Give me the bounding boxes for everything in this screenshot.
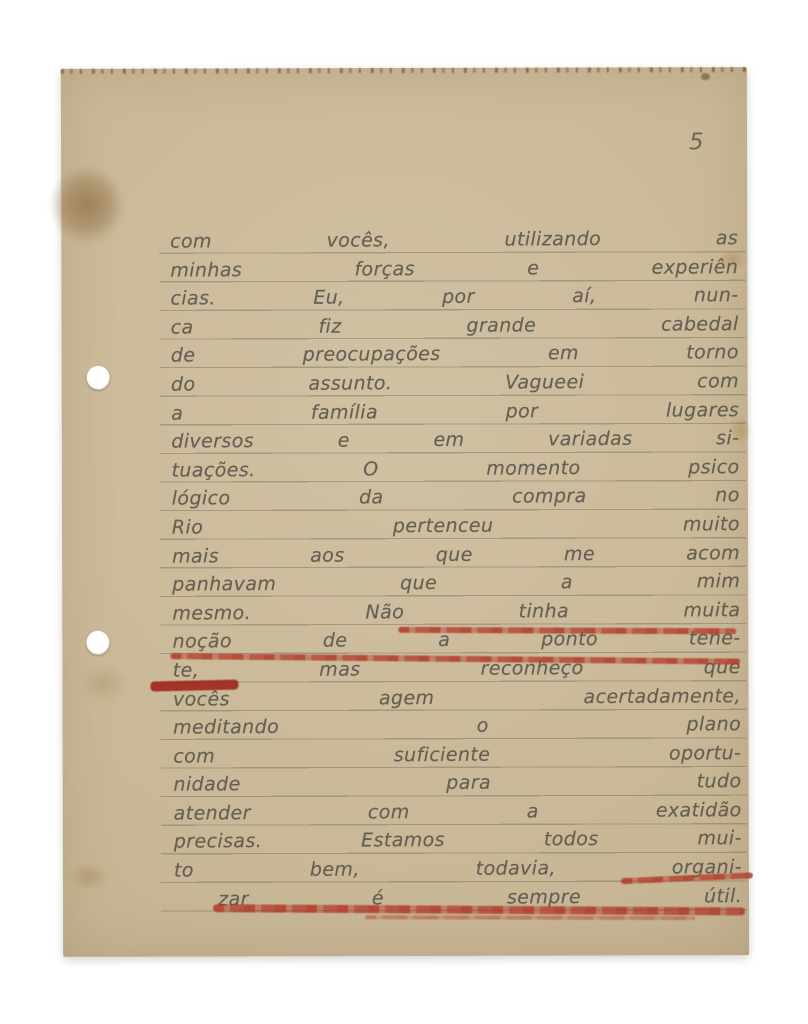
manuscript-line: meditando o plano [173,710,741,742]
stain [69,863,109,891]
manuscript-page: 5 com vocês, utilizando as minhas forças… [61,67,749,957]
speck [701,73,710,80]
manuscript-line: mais aos que me acom [172,539,740,571]
stain [78,665,130,703]
manuscript-line: ca fiz grande cabedal [171,310,739,342]
stain [49,165,125,245]
red-underline [365,915,695,920]
red-underline [150,680,238,692]
manuscript-line: mesmo. Não tinha muita [172,596,740,628]
manuscript-line: panhavam que a mim [172,567,740,599]
handwritten-text: com vocês, utilizando as minhas forças e… [170,224,742,914]
scanned-document: 5 com vocês, utilizando as minhas forças… [0,0,808,1024]
manuscript-line: minhas forças e experiên [170,253,738,285]
manuscript-line: com vocês, utilizando as [170,224,738,256]
hole-punch [87,366,110,390]
manuscript-line: nidade para tudo [173,767,741,799]
manuscript-line: atender com a exatidão [174,796,742,828]
hole-punch [86,631,109,655]
manuscript-line: vocês agem acertadamente, [173,682,741,714]
manuscript-line: diversos e em variadas si- [171,424,739,456]
manuscript-line: cias. Eu, por aí, nun- [170,281,738,313]
page-number: 5 [689,129,704,155]
deckled-top-edge [61,67,747,74]
manuscript-line: lógico da compra no [172,481,740,513]
manuscript-line: tuações. O momento psico [171,453,739,485]
manuscript-line: Rio pertenceu muito [172,510,740,542]
manuscript-line: de preocupações em torno [171,339,739,371]
manuscript-line: do assunto. Vagueei com [171,367,739,399]
manuscript-line: com suficiente oportu- [173,739,741,771]
manuscript-line: precisas. Estamos todos mui- [174,825,742,857]
manuscript-line: a família por lugares [171,396,739,428]
